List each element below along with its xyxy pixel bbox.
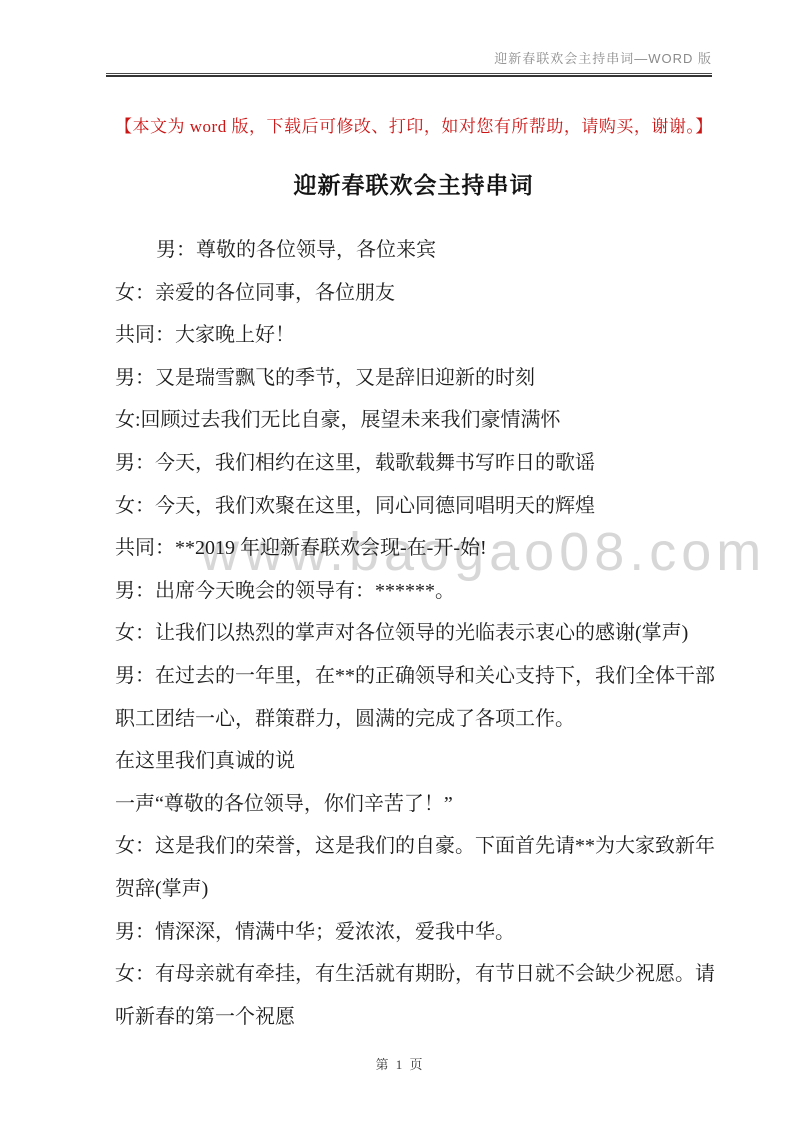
body-line: 男：尊敬的各位领导，各位来宾 bbox=[115, 229, 712, 272]
body-line: 女：有母亲就有牵挂，有生活就有期盼，有节日就不会缺少祝愿。请 bbox=[115, 953, 712, 996]
body-line: 女:回顾过去我们无比自豪，展望未来我们豪情满怀 bbox=[115, 399, 712, 442]
body-line: 一声“尊敬的各位领导，你们辛苦了！” bbox=[115, 783, 712, 826]
header-title: 迎新春联欢会主持串词—WORD 版 bbox=[494, 48, 712, 67]
document-page: 迎新春联欢会主持串词—WORD 版 www.baogao08.com 【本文为 … bbox=[0, 0, 800, 1132]
body-line: 男：今天，我们相约在这里，载歌载舞书写昨日的歌谣 bbox=[115, 442, 712, 485]
body-line: 男：出席今天晚会的领导有：******。 bbox=[115, 570, 712, 613]
body-line: 女：让我们以热烈的掌声对各位领导的光临表示衷心的感谢(掌声) bbox=[115, 612, 712, 655]
body-line: 共同：**2019 年迎新春联欢会现-在-开-始! bbox=[115, 527, 712, 570]
body-line: 男：又是瑞雪飘飞的季节，又是辞旧迎新的时刻 bbox=[115, 357, 712, 400]
page-number: 第 1 页 bbox=[0, 1054, 800, 1073]
body-line: 贺辞(掌声) bbox=[115, 868, 712, 911]
body-line: 男：情深深，情满中华；爱浓浓，爱我中华。 bbox=[115, 911, 712, 954]
body-line: 男：在过去的一年里，在**的正确领导和关心支持下，我们全体干部 bbox=[115, 655, 712, 698]
document-title: 迎新春联欢会主持串词 bbox=[115, 167, 712, 200]
body-line: 女：这是我们的荣誉，这是我们的自豪。下面首先请**为大家致新年 bbox=[115, 825, 712, 868]
header-rule bbox=[106, 73, 712, 77]
purchase-notice: 【本文为 word 版，下载后可修改、打印，如对您有所帮助，请购买，谢谢。】 bbox=[115, 112, 715, 137]
body-line: 听新春的第一个祝愿 bbox=[115, 996, 712, 1039]
body-line: 共同：大家晚上好！ bbox=[115, 314, 712, 357]
document-body: 男：尊敬的各位领导，各位来宾女：亲爱的各位同事，各位朋友共同：大家晚上好！男：又… bbox=[115, 229, 712, 1038]
body-line: 女：亲爱的各位同事，各位朋友 bbox=[115, 272, 712, 315]
body-line: 在这里我们真诚的说 bbox=[115, 740, 712, 783]
body-line: 职工团结一心，群策群力，圆满的完成了各项工作。 bbox=[115, 698, 712, 741]
body-line: 女：今天，我们欢聚在这里，同心同德同唱明天的辉煌 bbox=[115, 485, 712, 528]
